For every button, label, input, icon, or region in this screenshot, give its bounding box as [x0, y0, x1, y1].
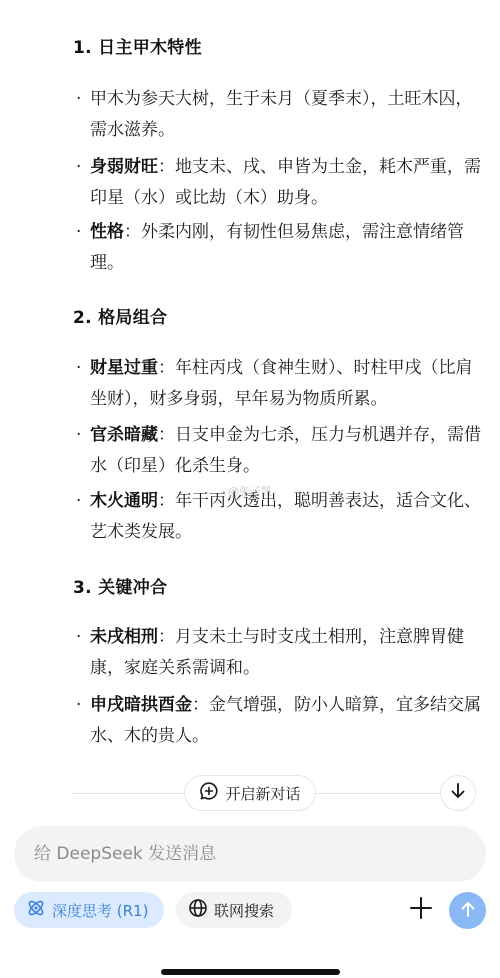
web-search-toggle[interactable]: 联网搜索 — [176, 892, 292, 928]
list-item: · 性格：外柔内刚，有韧性但易焦虑，需注意情绪管理。 — [76, 217, 486, 279]
web-search-label: 联网搜索 — [214, 900, 274, 921]
list-item: · 未戌相刑：月支未土与时支戌土相刑，注意脾胃健康，家庭关系需调和。 — [76, 622, 486, 684]
globe-icon — [188, 898, 208, 922]
new-chat-button[interactable]: 开启新对话 — [184, 775, 316, 811]
send-button[interactable] — [449, 892, 486, 929]
watermark: @张子凯 — [228, 483, 272, 499]
new-chat-label: 开启新对话 — [225, 783, 300, 804]
atom-icon — [26, 898, 46, 922]
chat-plus-icon — [199, 781, 219, 805]
section-title-1: 1. 日主甲木特性 — [73, 33, 202, 58]
section-title-2: 2. 格局组合 — [73, 303, 167, 328]
message-input-box[interactable] — [14, 826, 486, 882]
home-indicator — [161, 969, 340, 975]
deep-think-label: 深度思考 (R1) — [52, 900, 148, 921]
list-item: · 木火通明：年干丙火透出，聪明善表达，适合文化、艺术类发展。 — [76, 486, 486, 548]
list-item: · 申戌暗拱酉金：金气增强，防小人暗算，宜多结交属水、木的贵人。 — [76, 690, 486, 752]
section-title-3: 3. 关键冲合 — [73, 573, 167, 598]
list-item: · 甲木为参天大树，生于未月（夏季末），土旺木囚，需水滋养。 — [76, 84, 486, 146]
list-item: · 官杀暗藏：日支申金为七杀，压力与机遇并存，需借水（印星）化杀生身。 — [76, 420, 486, 482]
list-item: · 身弱财旺：地支未、戌、申皆为土金，耗木严重，需印星（水）或比劫（木）助身。 — [76, 152, 486, 214]
list-item: · 财星过重：年柱丙戌（食神生财）、时柱甲戌（比肩坐财），财多身弱，早年易为物质… — [76, 353, 486, 415]
divider — [316, 793, 440, 794]
arrow-down-icon — [449, 782, 467, 804]
message-input[interactable] — [34, 844, 486, 864]
divider — [72, 793, 184, 794]
scroll-to-bottom-button[interactable] — [440, 775, 476, 811]
arrow-up-icon — [459, 900, 477, 922]
attach-button[interactable] — [406, 895, 436, 925]
plus-icon — [409, 896, 433, 924]
deep-think-toggle[interactable]: 深度思考 (R1) — [14, 892, 164, 928]
